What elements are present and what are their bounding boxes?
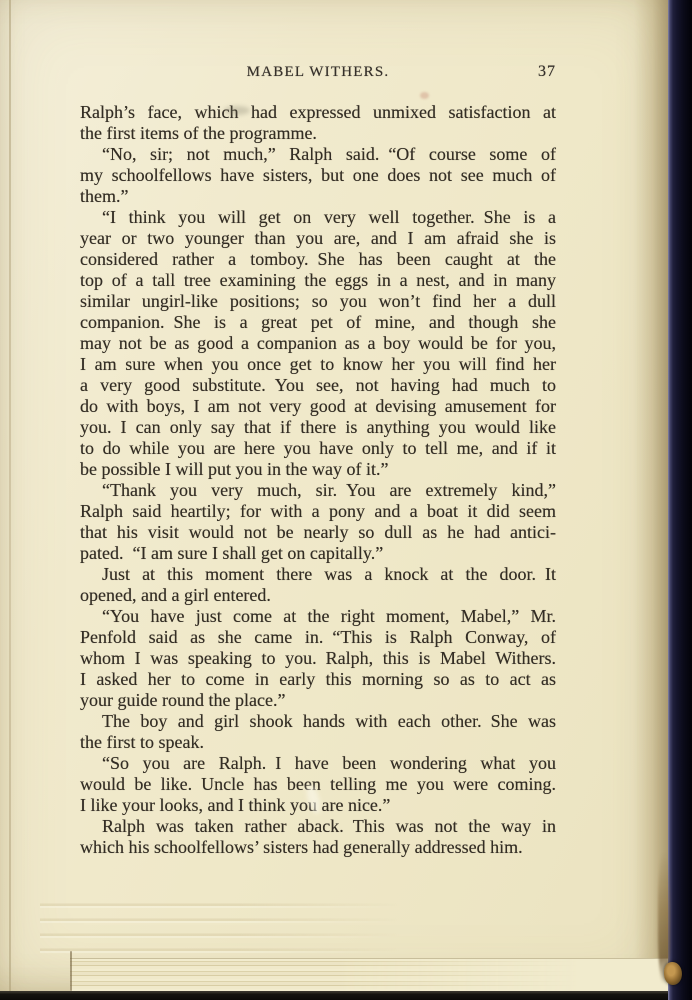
text-line: you. I can only say that if there is any… <box>80 417 556 438</box>
text-line: the first to speak. <box>80 732 556 753</box>
text-line: that his visit would not be nearly so du… <box>80 522 556 543</box>
text-line: Just at this moment there was a knock at… <box>80 564 556 585</box>
text-line: which his schoolfellows’ sisters had gen… <box>80 837 556 858</box>
text-line: opened, and a girl entered. <box>80 585 556 606</box>
text-line: pated. “I am sure I shall get on capital… <box>80 543 556 564</box>
text-line: Ralph’s face, which had expressed unmixe… <box>80 102 556 123</box>
running-header: MABEL WITHERS. 37 <box>80 64 556 86</box>
text-line: Ralph said heartily; for with a pony and… <box>80 501 556 522</box>
page-corner-edge <box>70 951 72 991</box>
text-line: companion. She is a great pet of mine, a… <box>80 312 556 333</box>
text-line: I asked her to come in early this mornin… <box>80 669 556 690</box>
page-stack-edges <box>70 958 668 992</box>
text-line: Penfold said as she came in. “This is Ra… <box>80 627 556 648</box>
text-line: your guide round the place.” <box>80 690 556 711</box>
text-line: them.” <box>80 186 556 207</box>
text-line: “So you are Ralph. I have been wondering… <box>80 753 556 774</box>
page-fold-line <box>9 0 11 991</box>
text-line: “I think you will get on very well toget… <box>80 207 556 228</box>
text-line: do with boys, I am not very good at devi… <box>80 396 556 417</box>
paper-stain <box>420 92 429 99</box>
binding-gold-spot <box>664 962 682 985</box>
text-line: would be like. Uncle has been telling me… <box>80 774 556 795</box>
text-line: The boy and girl shook hands with each o… <box>80 711 556 732</box>
page-edge-shadow <box>634 0 668 991</box>
scanned-book-photo: MABEL WITHERS. 37 Ralph’s face, which ha… <box>0 0 692 1000</box>
text-line: “No, sir; not much,” Ralph said. “Of cou… <box>80 144 556 165</box>
page-curl-shadow <box>40 893 400 957</box>
book-page: MABEL WITHERS. 37 Ralph’s face, which ha… <box>0 0 668 991</box>
text-line: “You have just come at the right moment,… <box>80 606 556 627</box>
text-line: top of a tall tree examining the eggs in… <box>80 270 556 291</box>
text-line: considered rather a tomboy. She has been… <box>80 249 556 270</box>
running-title: MABEL WITHERS. <box>247 64 390 81</box>
text-line: a very good substitute. You see, not hav… <box>80 375 556 396</box>
book-cover-right-edge <box>668 0 692 1000</box>
text-line: the first items of the programme. <box>80 123 556 144</box>
book-cover-bottom-edge <box>0 991 668 1000</box>
text-line: to do while you are here you have only t… <box>80 438 556 459</box>
text-line: Ralph was taken rather aback. This was n… <box>80 816 556 837</box>
text-line: may not be as good a companion as a boy … <box>80 333 556 354</box>
body-text: Ralph’s face, which had expressed unmixe… <box>80 102 556 858</box>
text-line: I like your looks, and I think you are n… <box>80 795 556 816</box>
text-line: be possible I will put you in the way of… <box>80 459 556 480</box>
text-line: whom I was speaking to you. Ralph, this … <box>80 648 556 669</box>
text-line: I am sure when you once get to know her … <box>80 354 556 375</box>
text-line: similar ungirl-like positions; so you wo… <box>80 291 556 312</box>
text-line: my schoolfellows have sisters, but one d… <box>80 165 556 186</box>
page-number: 37 <box>538 63 556 81</box>
text-line: year or two younger than you are, and I … <box>80 228 556 249</box>
text-line: “Thank you very much, sir. You are extre… <box>80 480 556 501</box>
